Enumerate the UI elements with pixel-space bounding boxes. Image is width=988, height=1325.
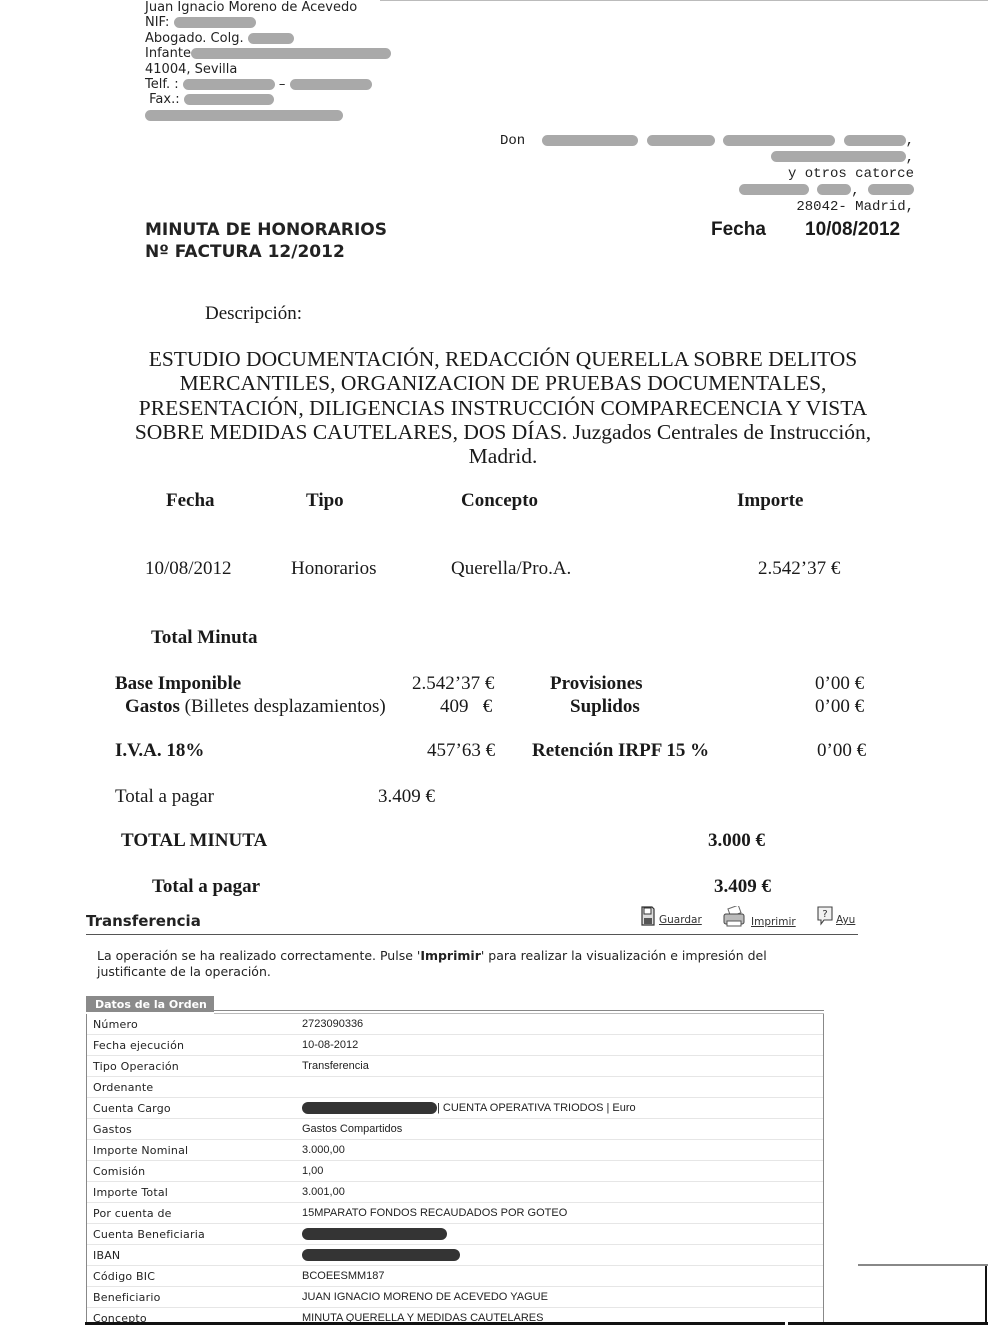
col-header-concepto: Concepto	[461, 490, 538, 512]
scan-artifact-edge	[985, 1266, 987, 1325]
table-row: Ordenante	[87, 1077, 823, 1098]
row-label: Código BIC	[87, 1270, 302, 1283]
row-value-text: BCOEESMM187	[302, 1270, 385, 1282]
row-value	[302, 1249, 460, 1261]
redaction	[817, 184, 851, 195]
base-imponible-value: 2.542’37 €	[412, 673, 494, 695]
row-label: Por cuenta de	[87, 1207, 302, 1220]
recipient-prefix: Don	[500, 133, 525, 149]
redaction	[145, 110, 343, 121]
retencion-value: 0’00 €	[817, 740, 866, 762]
redaction	[302, 1249, 460, 1261]
table-row: Cuenta Cargo| CUENTA OPERATIVA TRIODOS |…	[87, 1098, 823, 1119]
description-text: ESTUDIO DOCUMENTACIÓN, REDACCIÓN QUERELL…	[108, 347, 898, 468]
row-value: 3.000,00	[302, 1144, 345, 1156]
row-value: | CUENTA OPERATIVA TRIODOS | Euro	[302, 1102, 636, 1114]
row-value-text: 10-08-2012	[302, 1039, 358, 1051]
table-row: BeneficiarioJUAN IGNACIO MORENO DE ACEVE…	[87, 1287, 823, 1308]
row-value-text: 2723090336	[302, 1018, 363, 1030]
colegio-label: Abogado. Colg.	[145, 31, 244, 46]
total-pagar2-value: 3.409 €	[714, 876, 771, 898]
item-fecha: 10/08/2012	[145, 558, 232, 580]
col-header-tipo: Tipo	[306, 490, 344, 512]
table-row: Tipo OperaciónTransferencia	[87, 1056, 823, 1077]
invoice-number: Nº FACTURA 12/2012	[145, 242, 345, 262]
invoice-date: 10/08/2012	[805, 219, 900, 241]
printer-icon	[722, 906, 748, 928]
row-value: BCOEESMM187	[302, 1270, 385, 1282]
redaction	[248, 33, 294, 44]
row-label: IBAN	[87, 1249, 302, 1262]
table-row: Por cuenta de15MPARATO FONDOS RECAUDADOS…	[87, 1203, 823, 1224]
svg-text:?: ?	[822, 909, 827, 920]
recipient-others: y otros catorce	[542, 166, 914, 183]
recipient-line2: ,	[542, 150, 914, 167]
tab-datos-orden[interactable]: Datos de la Orden	[86, 996, 214, 1012]
redaction	[302, 1102, 437, 1114]
row-value: Gastos Compartidos	[302, 1123, 402, 1135]
row-value: JUAN IGNACIO MORENO DE ACEVEDO YAGUE	[302, 1291, 548, 1303]
row-value-text: Gastos Compartidos	[302, 1123, 402, 1135]
redaction	[184, 94, 274, 105]
invoice-title: MINUTA DE HONORARIOS	[145, 220, 387, 240]
row-label: Importe Nominal	[87, 1144, 302, 1157]
suplidos-value: 0’00 €	[815, 696, 864, 718]
row-value: Transferencia	[302, 1060, 369, 1072]
iva-value: 457’63 €	[427, 740, 495, 762]
row-value: 3.001,00	[302, 1186, 345, 1198]
suplidos-label: Suplidos	[570, 696, 640, 718]
total-minuta-caps-label: TOTAL MINUTA	[121, 830, 267, 852]
sender-nif: NIF:	[145, 15, 391, 30]
redaction	[302, 1228, 447, 1240]
row-value-text: 1,00	[302, 1165, 323, 1177]
table-row: Fecha ejecución10-08-2012	[87, 1035, 823, 1056]
invoice-date-label: Fecha	[711, 219, 766, 241]
success-message: La operación se ha realizado correctamen…	[97, 948, 837, 980]
total-pagar-value: 3.409 €	[378, 786, 435, 808]
row-value-text: 3.001,00	[302, 1186, 345, 1198]
recipient-name: ,	[542, 133, 914, 150]
phone-label: Telf. :	[145, 77, 179, 92]
sender-phone: Telf. : –	[145, 77, 391, 92]
total-pagar2-label: Total a pagar	[152, 876, 260, 898]
redaction	[174, 17, 256, 28]
total-minuta-label: Total Minuta	[151, 627, 257, 649]
row-label: Fecha ejecución	[87, 1039, 302, 1052]
message-bold: Imprimir	[420, 948, 481, 963]
fax-label: Fax.:	[149, 92, 179, 107]
table-row: GastosGastos Compartidos	[87, 1119, 823, 1140]
help-icon: ?	[817, 906, 833, 926]
redaction	[739, 184, 809, 195]
nif-label: NIF:	[145, 15, 169, 30]
table-row: Comisión1,00	[87, 1161, 823, 1182]
help-button[interactable]: ? Ayu	[817, 906, 855, 926]
provisiones-label: Provisiones	[550, 673, 643, 695]
gastos-row: Gastos (Billetes desplazamientos)	[125, 696, 386, 718]
sender-address: Infante	[145, 46, 391, 61]
recipient-city: 28042- Madrid,	[542, 199, 914, 216]
item-tipo: Honorarios	[291, 558, 376, 580]
save-button[interactable]: Guardar	[640, 906, 702, 926]
provisiones-value: 0’00 €	[815, 673, 864, 695]
row-value: 2723090336	[302, 1018, 363, 1030]
scan-artifact-line	[858, 1264, 988, 1266]
col-header-importe: Importe	[737, 490, 803, 512]
sender-email	[145, 108, 391, 123]
col-header-fecha: Fecha	[166, 490, 215, 512]
recipient-address: ,	[542, 183, 914, 200]
table-row: Importe Nominal3.000,00	[87, 1140, 823, 1161]
row-value: 15MPARATO FONDOS RECAUDADOS POR GOTEO	[302, 1207, 567, 1219]
retencion-label: Retención IRPF 15 %	[532, 740, 709, 762]
item-concepto: Querella/Pro.A.	[451, 558, 571, 580]
table-row: Número2723090336	[87, 1014, 823, 1035]
save-label: Guardar	[659, 914, 702, 926]
table-row: Cuenta Beneficiaria	[87, 1224, 823, 1245]
row-label: Cuenta Beneficiaria	[87, 1228, 302, 1241]
redaction	[844, 135, 906, 146]
row-label: Importe Total	[87, 1186, 302, 1199]
redaction	[183, 79, 275, 90]
row-label: Número	[87, 1018, 302, 1031]
sender-colegio: Abogado. Colg.	[145, 31, 391, 46]
row-label: Beneficiario	[87, 1291, 302, 1304]
order-details-table: Número2723090336Fecha ejecución10-08-201…	[86, 1014, 824, 1325]
row-value: 10-08-2012	[302, 1039, 358, 1051]
print-button[interactable]: Imprimir	[722, 906, 796, 928]
row-value-text: 15MPARATO FONDOS RECAUDADOS POR GOTEO	[302, 1207, 567, 1219]
redaction	[647, 135, 715, 146]
description-label: Descripción:	[205, 303, 302, 325]
redaction	[542, 135, 638, 146]
row-label: Tipo Operación	[87, 1060, 302, 1073]
message-pre: La operación se ha realizado correctamen…	[97, 948, 420, 963]
letterhead: Juan Ignacio Moreno de Acevedo NIF: Abog…	[145, 0, 391, 123]
table-row: Importe Total3.001,00	[87, 1182, 823, 1203]
table-row: IBAN	[87, 1245, 823, 1266]
address-label: Infante	[145, 46, 191, 61]
redaction	[868, 184, 914, 195]
row-value	[302, 1228, 447, 1240]
row-label: Ordenante	[87, 1081, 302, 1094]
help-label: Ayu	[836, 914, 855, 926]
redaction	[191, 48, 391, 59]
row-label: Cuenta Cargo	[87, 1102, 302, 1115]
redaction	[290, 79, 372, 90]
sender-city: 41004, Sevilla	[145, 62, 391, 77]
base-imponible-label: Base Imponible	[115, 673, 241, 695]
total-pagar-label: Total a pagar	[115, 786, 214, 808]
item-importe: 2.542’37 €	[758, 558, 840, 580]
row-label: Comisión	[87, 1165, 302, 1178]
iva-label: I.V.A. 18%	[115, 740, 204, 762]
redaction	[771, 151, 906, 162]
floppy-disk-icon	[640, 906, 656, 926]
sender-name: Juan Ignacio Moreno de Acevedo	[145, 0, 391, 15]
row-value-text: 3.000,00	[302, 1144, 345, 1156]
print-label: Imprimir	[751, 916, 796, 928]
recipient-block: , , y otros catorce , 28042- Madrid,	[542, 133, 914, 216]
redaction	[723, 135, 835, 146]
row-value-text: JUAN IGNACIO MORENO DE ACEVEDO YAGUE	[302, 1291, 548, 1303]
row-label: Gastos	[87, 1123, 302, 1136]
scan-top-edge	[380, 0, 988, 1]
gastos-label: Gastos	[125, 696, 180, 717]
row-value-text: Transferencia	[302, 1060, 369, 1072]
title-divider	[86, 934, 858, 935]
total-minuta-caps-value: 3.000 €	[708, 830, 765, 852]
transfer-title: Transferencia	[86, 912, 201, 930]
gastos-value: 409 €	[440, 696, 492, 718]
gastos-note: (Billetes desplazamientos)	[185, 696, 386, 717]
sender-fax: Fax.:	[145, 92, 391, 107]
row-value-text: | CUENTA OPERATIVA TRIODOS | Euro	[437, 1102, 636, 1114]
table-row: Código BICBCOEESMM187	[87, 1266, 823, 1287]
row-value: 1,00	[302, 1165, 323, 1177]
